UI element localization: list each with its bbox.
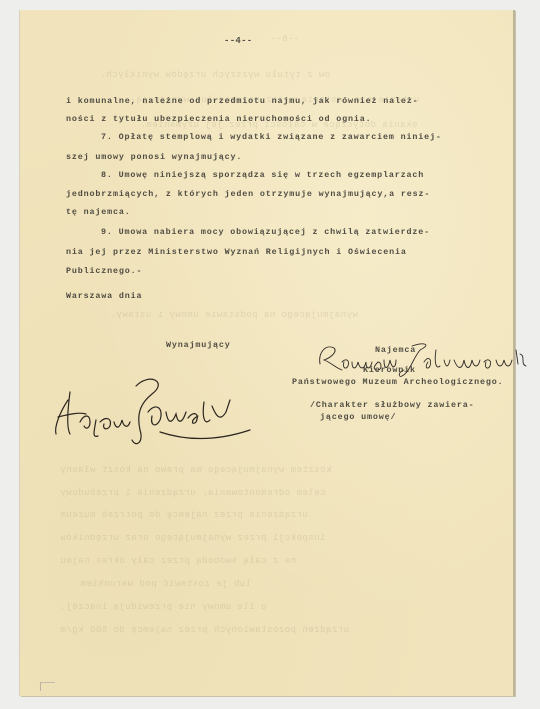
bleed-through-text: o ile umowy nie przewidują inaczej. — [60, 602, 267, 612]
document-page: --6-- ow z tytułu wyższych urzędów wynik… — [20, 10, 515, 696]
bleed-through-text: lub je zostawić pod warunkiem — [80, 579, 251, 589]
lessor-signature — [40, 372, 265, 452]
bleed-through-text: wynajmującego na podstawie umowy i ustaw… — [110, 310, 358, 320]
paragraph-line: 9. Umowa nabiera mocy obowiązującej z ch… — [101, 227, 430, 237]
paragraph-line: ności z tytułu ubezpieczenia nieruchomoś… — [66, 114, 372, 124]
bleed-through-text: urządzenia przez najemcę do potrzeb muze… — [60, 510, 308, 520]
paragraph-line: i komunalne, należne od przedmiotu najmu… — [66, 96, 419, 106]
bleed-through-text: urządzeń pozostawionych przez najemcę do… — [60, 625, 349, 635]
place-date: Warszawa dnia — [66, 291, 142, 301]
lessee-note-line2: jącego umowę/ — [320, 412, 396, 422]
lessor-label: Wynajmujący — [166, 340, 231, 350]
lessee-signature — [312, 340, 532, 380]
bleed-through-text: kosztem wynajmującego ma prawo na koszt … — [60, 465, 331, 475]
lessee-note-line1: /Charakter służbowy zawiera- — [310, 400, 475, 410]
paragraph-line: tę najemca. — [66, 207, 131, 217]
bleed-through-text: na z całą swobodą przez cały okres najmu — [60, 556, 296, 566]
bleed-through-text: celem odremontowania, urządzenia i przeb… — [60, 488, 326, 498]
paragraph-line: jednobrzmiących, z których jeden otrzymu… — [66, 189, 430, 199]
lessee-title-line2: Państwowego Muzeum Archeologicznego. — [292, 377, 504, 387]
lessee-title-line1: Kierownik — [363, 365, 416, 375]
bleed-through-text: inspekcji przez wynajmującego oraz urzęd… — [60, 533, 326, 543]
paragraph-line: Publicznego.- — [66, 266, 142, 276]
bleed-through-text: --6-- — [270, 34, 300, 44]
paragraph-line: 8. Umowę niniejszą sporządza się w trzec… — [101, 170, 424, 180]
paragraph-line: szej umowy ponosi wynajmujący. — [66, 152, 242, 162]
paragraph-line: 7. Opłatę stemplową i wydatki związane z… — [101, 132, 442, 142]
bleed-through-text: ow z tytułu wyższych urzędów wynikłych. — [100, 70, 330, 80]
paragraph-line: nia jej przez Ministerstwo Wyznań Religi… — [66, 247, 407, 257]
page-number: --4-- — [224, 36, 253, 46]
corner-mark — [40, 682, 55, 691]
